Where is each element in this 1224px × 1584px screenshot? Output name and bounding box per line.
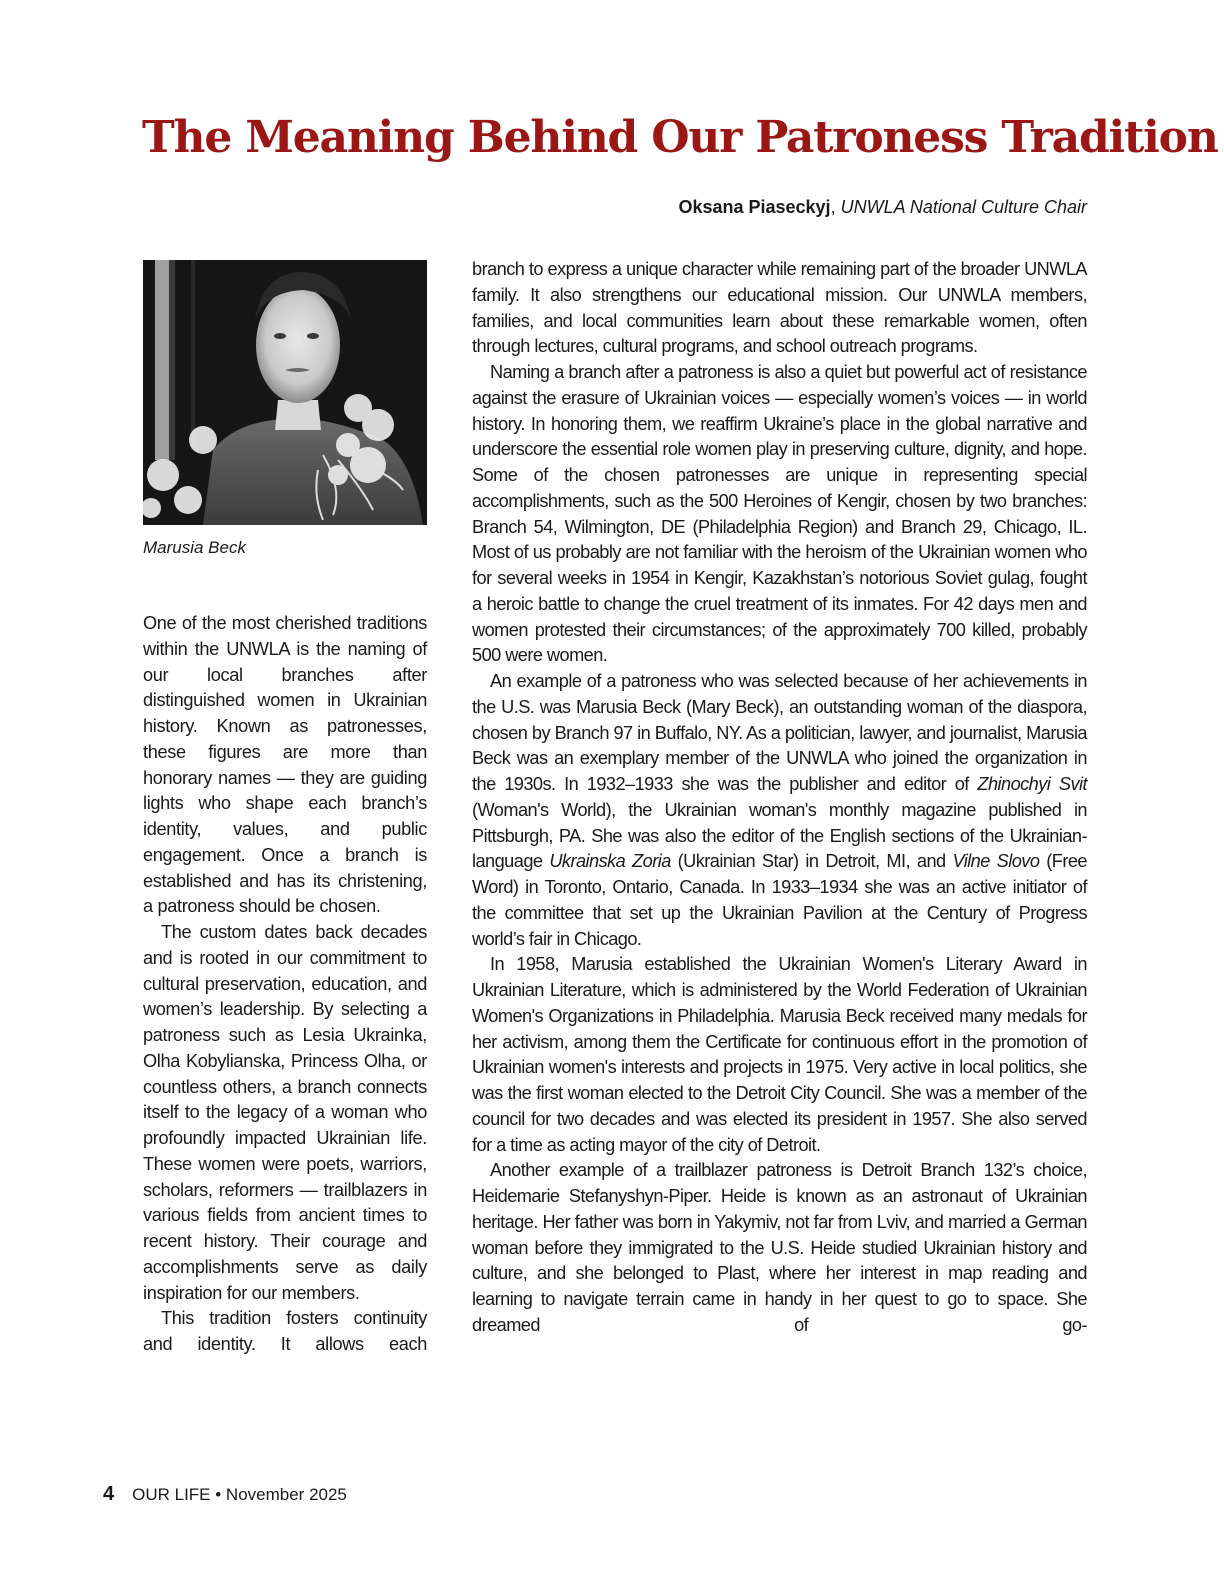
paragraph: This tradition fosters continu­ity and i…	[143, 1306, 427, 1358]
byline: Oksana Piaseckyj, UNWLA National Culture…	[678, 197, 1087, 218]
paragraph: One of the most cherished tra­ditions wi…	[143, 611, 427, 920]
publication-title: Vilne Slovo	[952, 851, 1039, 871]
publication-title: Zhinochyi Svit	[977, 774, 1087, 794]
paragraph: Naming a branch after a patroness is als…	[472, 360, 1087, 669]
paragraph: An example of a patroness who was select…	[472, 669, 1087, 952]
page-number: 4	[103, 1483, 114, 1505]
article-title: The Meaning Behind Our Patroness Traditi…	[142, 112, 1102, 163]
paragraph: The custom dates back decades and is roo…	[143, 920, 427, 1306]
paragraph: In 1958, Marusia established the Ukraini…	[472, 952, 1087, 1158]
paragraph: Another example of a trailblazer patrone…	[472, 1158, 1087, 1338]
article-right-column: branch to express a unique character whi…	[472, 257, 1087, 1339]
paragraph-text: (Ukrainian Star) in Detroit, MI, and	[671, 851, 953, 871]
page-footer: 4OUR LIFE • November 2025	[103, 1483, 347, 1506]
portrait-image-icon	[143, 260, 427, 525]
author-role: UNWLA National Culture Chair	[836, 197, 1087, 217]
author-name: Oksana Piaseckyj	[678, 197, 830, 217]
publication-title: Ukrainska Zoria	[549, 851, 670, 871]
portrait-photo	[143, 260, 427, 525]
publication-info: OUR LIFE • November 2025	[132, 1485, 347, 1504]
paragraph: branch to express a unique character whi…	[472, 257, 1087, 360]
photo-caption: Marusia Beck	[143, 538, 246, 558]
article-left-column: One of the most cherished tra­ditions wi…	[143, 611, 427, 1358]
